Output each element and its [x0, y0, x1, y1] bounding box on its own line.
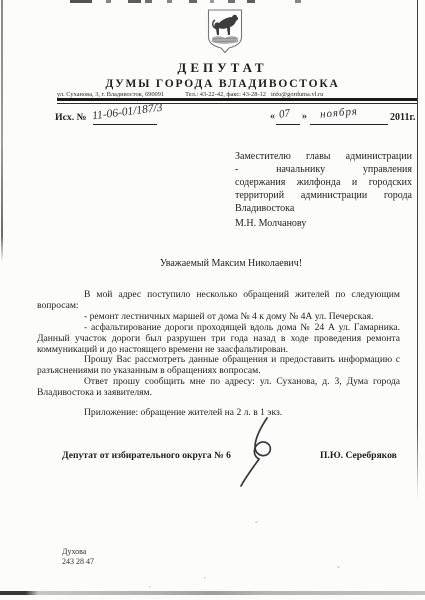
scan-artifact — [145, 0, 152, 3]
outgoing-number-label: Исх. № — [55, 112, 86, 123]
letterhead-title: ДЕПУТАТ — [20, 60, 425, 76]
scan-artifact — [70, 0, 92, 3]
letterhead-phone: Тел.: 43-22-42, факс: 43-28-12 — [185, 91, 266, 98]
outgoing-number-underline — [93, 124, 157, 125]
attachment-line: Приложение: обращение жителей на 2 л. в … — [37, 407, 400, 418]
scan-edge-line-left — [1, 0, 3, 262]
signature-name: П.Ю. Серебряков — [320, 450, 397, 461]
addressee-line: Владивостока — [235, 202, 412, 215]
date-month-underline — [310, 124, 388, 125]
executor-name: Духова — [62, 547, 94, 557]
addressee-line: Заместителю главы администрации — [235, 150, 412, 163]
scan-artifact — [247, 0, 255, 3]
addressee-line: - начальнику управления — [235, 163, 412, 176]
letter-body: В мой адрес поступило несколько обращени… — [37, 290, 400, 399]
scan-bottom-band — [0, 591, 425, 595]
scan-artifact — [167, 0, 172, 3]
executor-block: Духова 243 28 47 — [62, 547, 94, 566]
handwritten-signature-icon — [225, 413, 285, 496]
scan-artifact — [295, 0, 301, 3]
scan-artifact — [106, 0, 111, 3]
body-line: В мой адрес поступило несколько обращени… — [37, 290, 400, 301]
date-day-underline — [276, 124, 300, 125]
letterhead-rule-thick — [57, 98, 417, 101]
letterhead-rule-thin — [57, 103, 417, 104]
addressee-line: территорий администрации города — [235, 189, 412, 202]
letterhead-address: ул. Суханова, 3, г. Владивосток, 690091 — [57, 91, 164, 98]
scan-speck — [255, 521, 258, 523]
scan-artifact — [189, 0, 197, 3]
body-line: Данный участок дороги был разрушен три г… — [37, 334, 400, 345]
date-year: 2011г. — [390, 112, 415, 123]
executor-phone: 243 28 47 — [62, 557, 94, 567]
scan-artifact — [128, 0, 141, 3]
letterhead-contact-line: ул. Суханова, 3, г. Владивосток, 690091 … — [57, 91, 349, 98]
signature-position: Депутат от избирательного округа № 6 — [62, 450, 231, 461]
scanned-letter-page: ДЕПУТАТ ДУМЫ ГОРОДА ВЛАДИВОСТОКА ул. Сух… — [0, 0, 425, 600]
date-quote-close: » — [302, 111, 307, 122]
addressee-name: М.Н. Молчанову — [235, 218, 306, 229]
addressee-line: содержания жилфонда и городских — [235, 176, 412, 189]
date-day-handwritten: 07 — [278, 107, 291, 120]
letterhead-email: info@gorduma.vl.ru — [271, 91, 323, 98]
vladivostok-coat-of-arms-icon — [206, 8, 244, 59]
body-line: Владивостока и заявителям. — [37, 388, 400, 399]
body-line: - асфальтирование дороги проходящей вдол… — [37, 323, 400, 334]
salutation: Уважаемый Максим Николаевич! — [37, 258, 425, 269]
scan-speck — [204, 577, 206, 579]
date-month-handwritten: ноября — [320, 105, 359, 120]
outgoing-number-handwritten: 11-06-01/187/3 — [92, 102, 164, 123]
date-quote-open: « — [270, 111, 275, 122]
scan-artifact — [228, 0, 235, 3]
scan-speck — [337, 566, 340, 568]
letterhead-subtitle: ДУМЫ ГОРОДА ВЛАДИВОСТОКА — [20, 78, 425, 90]
scan-artifact — [210, 0, 214, 3]
addressee-block: Заместителю главы администрации - началь… — [235, 150, 412, 215]
scan-speck — [149, 586, 151, 588]
